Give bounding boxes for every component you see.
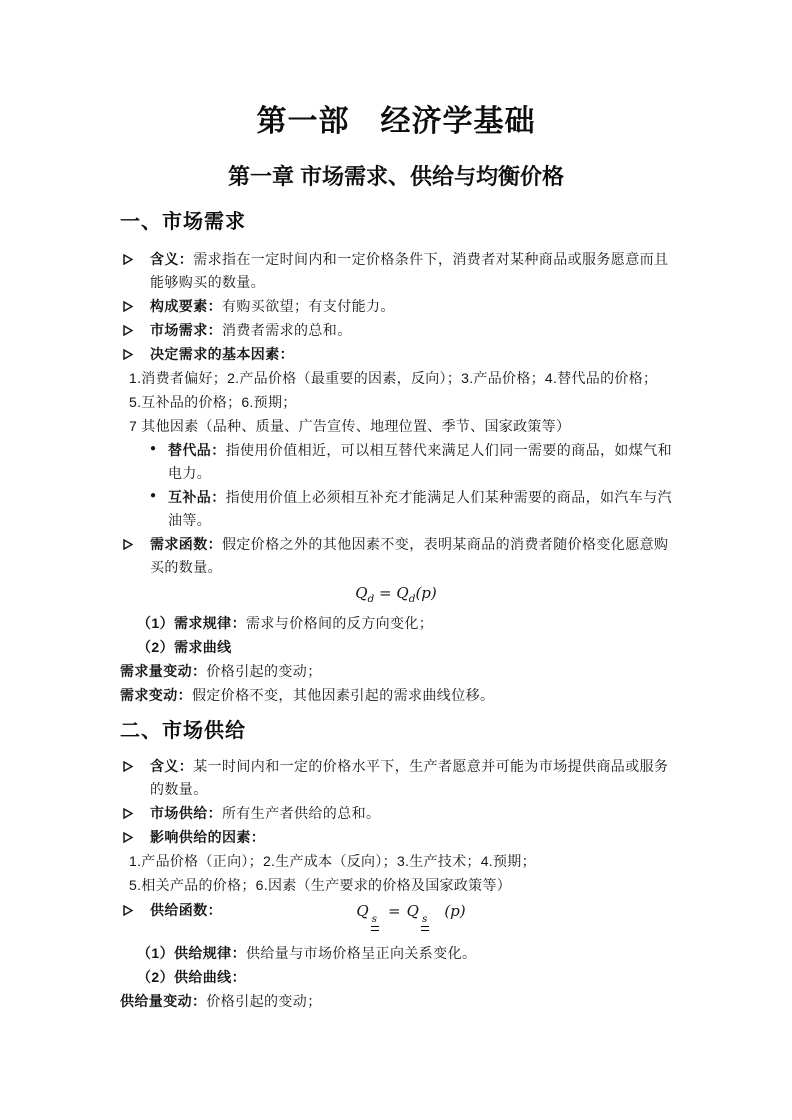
item-label: 市场供给：: [150, 805, 222, 821]
arrow-bullet-icon: [123, 832, 133, 843]
section-2-items: 含义：某一时间内和一定的价格水平下，生产者愿意并可能为市场提供商品或服务的数量。…: [120, 755, 672, 1013]
item-text: 1.消费者偏好；2.产品价格（最重要的因素，反向）；3.产品价格；4.替代品的价…: [129, 370, 657, 386]
list-item-quantity-supplied-change: 供给量变动：价格引起的变动；: [120, 990, 672, 1013]
dot-bullet-icon: ●: [150, 484, 156, 507]
demand-function-formula: Qd = Qd(p): [120, 581, 672, 611]
item-label: 构成要素：: [150, 298, 222, 314]
item-text: 需求指在一定时间内和一定价格条件下，消费者对某种商品或服务愿意而且能够购买的数量…: [150, 251, 668, 290]
arrow-bullet-icon: [123, 761, 133, 772]
list-item-factors-1-4: 1.消费者偏好；2.产品价格（最重要的因素，反向）；3.产品价格；4.替代品的价…: [120, 367, 672, 390]
document-content: 第一部 经济学基础 第一章 市场需求、供给与均衡价格 一、市场需求 含义：需求指…: [120, 0, 672, 1013]
item-label: 供给量变动：: [120, 993, 206, 1009]
formula-rhs-base: Q: [396, 584, 408, 602]
formula-lhs-subscript: s: [372, 913, 377, 925]
formula-equals: =: [388, 902, 401, 920]
item-text: 有购买欲望；有支付能力。: [222, 298, 395, 314]
item-text: 指使用价值相近，可以相互替代来满足人们同一需要的商品，如煤气和电力。: [168, 442, 672, 481]
item-label: 市场需求：: [150, 322, 222, 338]
section-heading-market-supply: 二、市场供给: [120, 717, 672, 745]
dot-bullet-icon: ●: [150, 437, 156, 460]
list-item-demand-curve: （2）需求曲线: [120, 636, 672, 659]
item-text: 7 其他因素（品种、质量、广告宣传、地理位置、季节、国家政策等）: [129, 418, 570, 434]
item-label: 含义：: [150, 251, 193, 267]
formula-lhs-base: Q: [356, 902, 368, 920]
item-label: 需求函数：: [150, 536, 222, 552]
item-label: 替代品：: [168, 442, 226, 458]
list-item-quantity-demanded-change: 需求量变动：价格引起的变动；: [120, 660, 672, 683]
list-item-complements: ● 互补品：指使用价值上必须相互补充才能满足人们某种需要的商品，如汽车与汽油等。: [120, 486, 672, 532]
item-label: 含义：: [150, 758, 193, 774]
list-item-factors-5-6: 5.互补品的价格；6.预期；: [120, 391, 672, 414]
list-item-market-demand: 市场需求：消费者需求的总和。: [120, 319, 672, 342]
item-label: （2）需求曲线: [137, 639, 232, 655]
item-label: （1）需求规律：: [137, 615, 246, 631]
formula-argument: (p): [415, 584, 436, 602]
item-text: 1.产品价格（正向）；2.生产成本（反向）；3.生产技术；4.预期；: [129, 853, 536, 869]
chapter-title: 第一章 市场需求、供给与均衡价格: [120, 162, 672, 192]
item-text: 所有生产者供给的总和。: [222, 805, 380, 821]
part-title: 第一部 经济学基础: [120, 102, 672, 142]
document-page: 第一部 经济学基础 第一章 市场需求、供给与均衡价格 一、市场需求 含义：需求指…: [0, 0, 792, 1120]
supply-function-formula: Qs=Qs(p): [150, 902, 672, 920]
list-item-supply-definition: 含义：某一时间内和一定的价格水平下，生产者愿意并可能为市场提供商品或服务的数量。: [120, 755, 672, 801]
item-text: 5.相关产品的价格；6.因素（生产要求的价格及国家政策等）: [129, 877, 511, 893]
item-label: 互补品：: [168, 489, 226, 505]
item-text: 假定价格之外的其他因素不变，表明某商品的消费者随价格变化愿意购买的数量。: [150, 536, 668, 575]
section-heading-market-demand: 一、市场需求: [120, 208, 672, 236]
item-label: （1）供给规律：: [137, 945, 246, 961]
list-item-supply-factors-5-6: 5.相关产品的价格；6.因素（生产要求的价格及国家政策等）: [120, 874, 672, 897]
formula-rhs-base: Q: [407, 902, 419, 920]
list-item-demand-elements: 构成要素：有购买欲望；有支付能力。: [120, 295, 672, 318]
item-text: 供给量与市场价格呈正向关系变化。: [246, 945, 476, 961]
item-label: 决定需求的基本因素：: [150, 346, 294, 362]
list-item-supply-curve: （2）供给曲线：: [120, 966, 672, 989]
item-label: （2）供给曲线：: [137, 969, 246, 985]
formula-rhs-subscript: s: [422, 913, 427, 925]
arrow-bullet-icon: [123, 325, 133, 336]
list-item-supply-factors: 影响供给的因素：: [120, 826, 672, 849]
arrow-bullet-icon: [123, 254, 133, 265]
formula-argument: (p): [444, 902, 465, 920]
item-text: 消费者需求的总和。: [222, 322, 352, 338]
list-item-demand-change: 需求变动：假定价格不变，其他因素引起的需求曲线位移。: [120, 684, 672, 707]
list-item-factors-7: 7 其他因素（品种、质量、广告宣传、地理位置、季节、国家政策等）: [120, 415, 672, 438]
arrow-bullet-icon: [123, 301, 133, 312]
list-item-demand-factors: 决定需求的基本因素：: [120, 343, 672, 366]
item-label: 需求量变动：: [120, 663, 206, 679]
formula-lhs-subscript: d: [368, 593, 375, 605]
list-item-demand-function: 需求函数：假定价格之外的其他因素不变，表明某商品的消费者随价格变化愿意购买的数量…: [120, 533, 672, 579]
formula-equals: =: [379, 584, 392, 602]
formula-lhs-base: Q: [355, 584, 367, 602]
list-item-substitutes: ● 替代品：指使用价值相近，可以相互替代来满足人们同一需要的商品，如煤气和电力。: [120, 439, 672, 485]
list-item-supply-function: 供给函数： Qs=Qs(p): [120, 899, 672, 941]
item-text: 需求与价格间的反方向变化；: [246, 615, 433, 631]
arrow-bullet-icon: [123, 905, 133, 916]
item-text: 5.互补品的价格；6.预期；: [129, 394, 297, 410]
arrow-bullet-icon: [123, 808, 133, 819]
list-item-market-supply: 市场供给：所有生产者供给的总和。: [120, 802, 672, 825]
list-item-supply-law: （1）供给规律：供给量与市场价格呈正向关系变化。: [120, 942, 672, 965]
item-label: 影响供给的因素：: [150, 829, 265, 845]
arrow-bullet-icon: [123, 539, 133, 550]
item-text: 价格引起的变动；: [206, 663, 321, 679]
item-text: 指使用价值上必须相互补充才能满足人们某种需要的商品，如汽车与汽油等。: [168, 489, 672, 528]
list-item-demand-law: （1）需求规律：需求与价格间的反方向变化；: [120, 612, 672, 635]
arrow-bullet-icon: [123, 349, 133, 360]
item-text: 假定价格不变，其他因素引起的需求曲线位移。: [192, 687, 494, 703]
list-item-demand-definition: 含义：需求指在一定时间内和一定价格条件下，消费者对某种商品或服务愿意而且能够购买…: [120, 248, 672, 294]
list-item-supply-factors-1-4: 1.产品价格（正向）；2.生产成本（反向）；3.生产技术；4.预期；: [120, 850, 672, 873]
section-1-items: 含义：需求指在一定时间内和一定价格条件下，消费者对某种商品或服务愿意而且能够购买…: [120, 248, 672, 707]
item-text: 某一时间内和一定的价格水平下，生产者愿意并可能为市场提供商品或服务的数量。: [150, 758, 668, 797]
item-text: 价格引起的变动；: [206, 993, 321, 1009]
item-label: 需求变动：: [120, 687, 192, 703]
